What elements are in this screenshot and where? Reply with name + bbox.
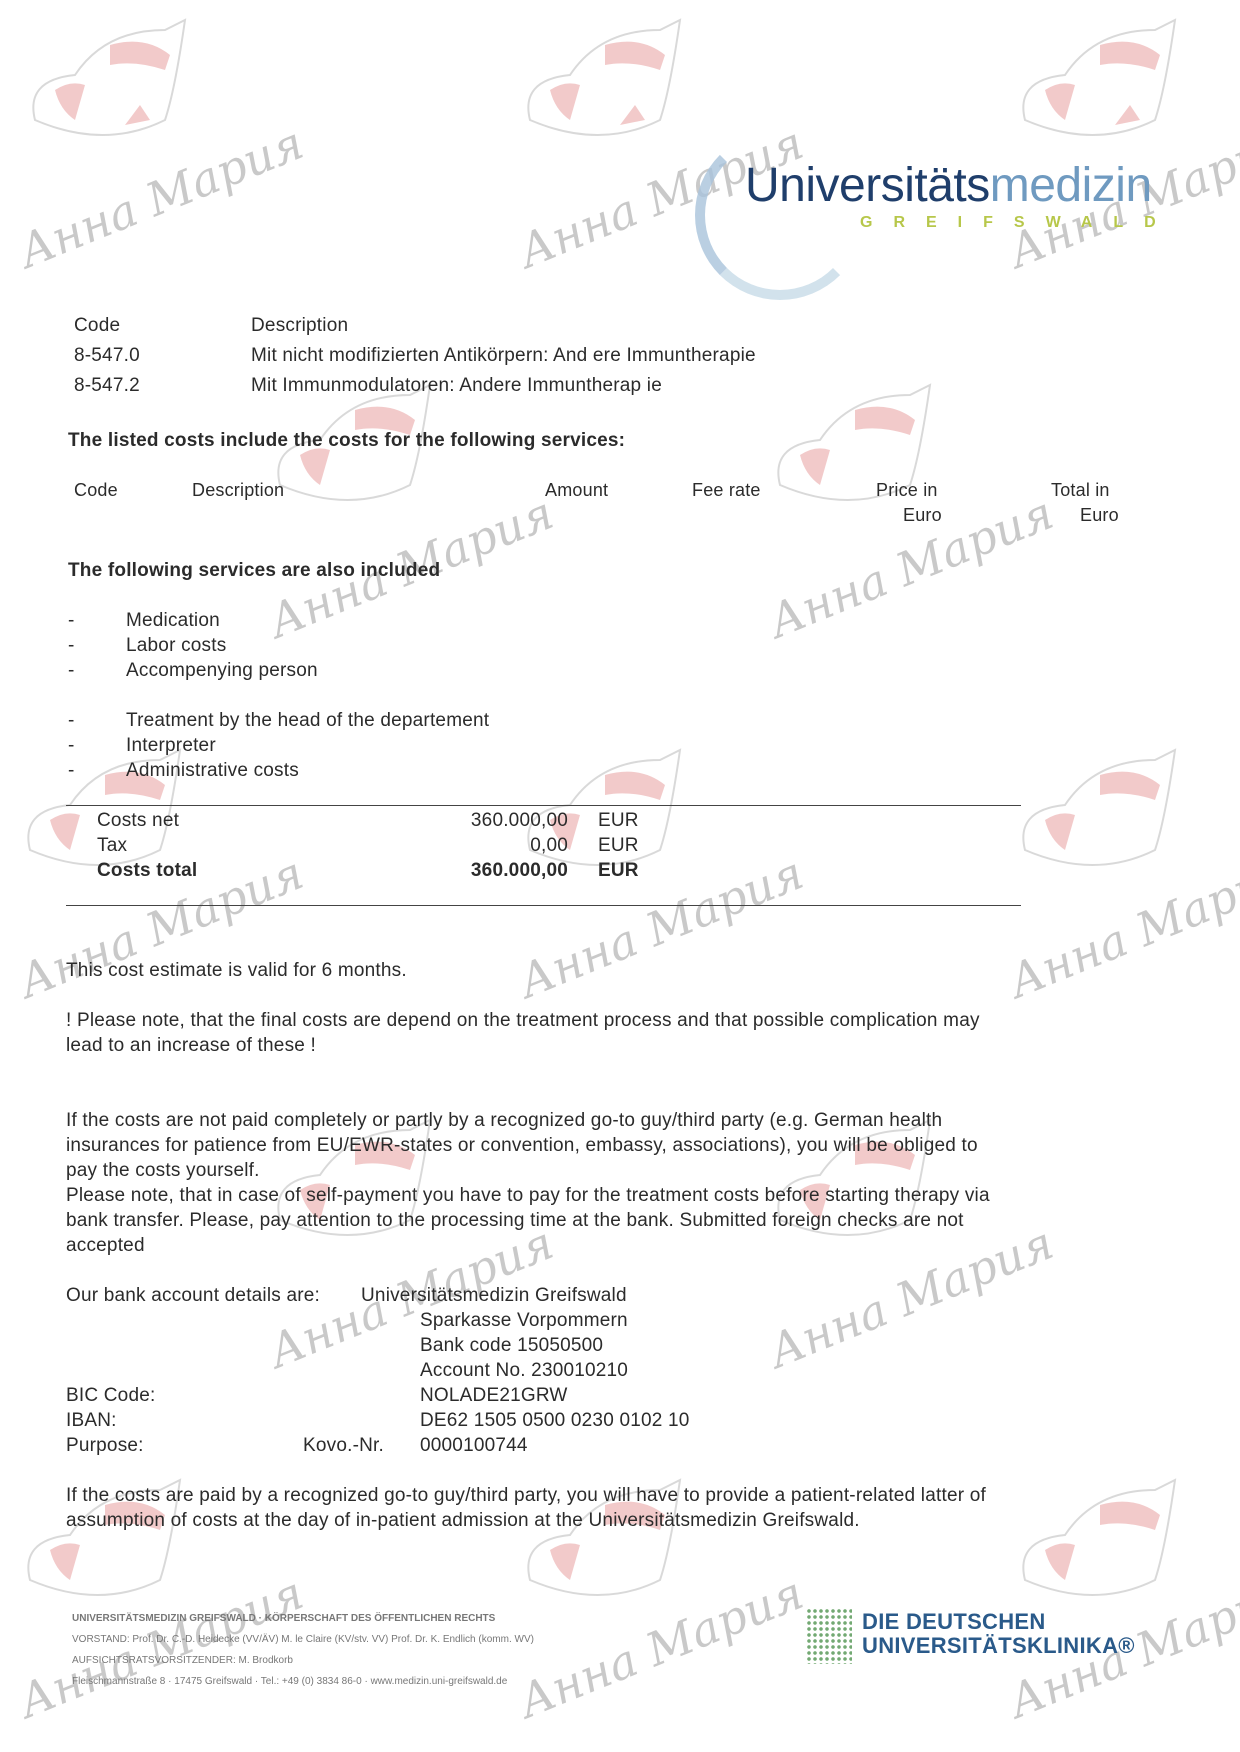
list-item: Medication [126,610,220,632]
col-price: Price in [876,480,938,501]
watermark-text: Анна Мария [761,1215,1061,1378]
logo-light-part: medizin [990,159,1152,212]
procedure-description: Mit Immunmodulatoren: Andere Immuntherap… [251,375,662,397]
procedure-description: Mit nicht modifizierten Antikörpern: And… [251,345,756,367]
partner-logo-line-2: UNIVERSITÄTSKLINIKA® [862,1634,1135,1658]
logo-arc-icon [695,130,865,300]
list-item: Accompenying person [126,660,318,682]
col-price-unit: Euro [903,505,942,526]
partner-logo: DIE DEUTSCHEN UNIVERSITÄTSKLINIKA® [862,1610,1135,1658]
list-item: Administrative costs [126,760,299,782]
purpose-value: 0000100744 [420,1435,528,1457]
list-item: Labor costs [126,635,226,657]
costs-net-label: Costs net [97,810,179,832]
watermark-text: Анна Мария [11,115,311,278]
bullet: - [68,635,75,657]
bank-code: Bank code 15050500 [420,1335,603,1357]
tax-label: Tax [97,835,127,857]
bullet: - [68,760,75,782]
purpose-prefix: Kovo.-Nr. [303,1435,384,1457]
costs-net-currency: EUR [598,810,639,832]
tax-currency: EUR [598,835,639,857]
logo-subtitle: GREIFSWALD [860,214,1177,232]
paragraph-line: pay the costs yourself. [66,1160,260,1182]
paragraph-line: assumption of costs at the day of in-pat… [66,1510,860,1532]
costs-total-value: 360.000,00 [420,860,568,882]
paragraph-line: If the costs are not paid completely or … [66,1110,942,1132]
watermark-hat-icon [1005,740,1185,880]
footer-line-3: AUFSICHTSRATSVORSITZENDER: M. Brodkorb [72,1655,293,1666]
footer-line-1: UNIVERSITÄTSMEDIZIN GREIFSWALD · KÖRPERS… [72,1613,495,1624]
bullet: - [68,710,75,732]
watermark-text: Анна Мария [11,1565,311,1728]
paragraph-line: Please note, that in case of self-paymen… [66,1185,990,1207]
col-code: Code [74,480,118,501]
col-total-unit: Euro [1080,505,1119,526]
bic-label: BIC Code: [66,1385,155,1407]
bic-value: NOLADE21GRW [420,1385,568,1407]
purpose-label: Purpose: [66,1435,144,1457]
divider [66,805,1021,806]
bullet: - [68,735,75,757]
costs-net-value: 360.000,00 [420,810,568,832]
costs-total-currency: EUR [598,860,639,882]
paragraph-line: accepted [66,1235,145,1257]
paragraph-line: bank transfer. Please, pay attention to … [66,1210,964,1232]
col-fee-rate: Fee rate [692,480,761,501]
warning-line-1: ! Please note, that the final costs are … [66,1010,980,1032]
iban-value: DE62 1505 0500 0230 0102 10 [420,1410,690,1432]
bank-account-holder: Universitätsmedizin Greifswald [361,1285,627,1307]
partner-logo-line-1: DIE DEUTSCHEN [862,1610,1135,1634]
bank-intro: Our bank account details are: [66,1285,320,1307]
services-heading: The listed costs include the costs for t… [68,430,625,452]
procedure-code: 8-547.2 [74,375,140,397]
watermark-text: Анна Мария [511,1565,811,1728]
tax-value: 0,00 [420,835,568,857]
included-heading: The following services are also included [68,560,440,582]
col-total: Total in [1051,480,1110,501]
iban-label: IBAN: [66,1410,117,1432]
list-item: Treatment by the head of the departement [126,710,489,732]
watermark-hat-icon [1005,10,1185,150]
watermark-text: Анна Мария [1001,845,1240,1008]
logo-bold-part: Universitäts [745,159,990,212]
bank-name: Sparkasse Vorpommern [420,1310,628,1332]
bullet: - [68,660,75,682]
procedure-header-description: Description [251,315,348,337]
costs-total-label: Costs total [97,860,197,882]
paragraph-line: insurances for patience from EU/EWR-stat… [66,1135,978,1157]
paragraph-line: If the costs are paid by a recognized go… [66,1485,986,1507]
watermark-hat-icon [1005,1470,1185,1610]
account-number: Account No. 230010210 [420,1360,628,1382]
bullet: - [68,610,75,632]
warning-line-2: lead to an increase of these ! [66,1035,316,1057]
list-item: Interpreter [126,735,216,757]
logo-wordmark: Universitätsmedizin [745,158,1152,213]
procedure-code: 8-547.0 [74,345,140,367]
col-amount: Amount [545,480,608,501]
col-description: Description [192,480,284,501]
partner-logo-dots-icon [806,1608,852,1664]
validity-note: This cost estimate is valid for 6 months… [66,960,407,982]
watermark-hat-icon [510,10,690,150]
footer-line-4: Fleischmannstraße 8 · 17475 Greifswald ·… [72,1676,507,1687]
footer-line-2: VORSTAND: Prof. Dr. C.-D. Heidecke (VV/Ä… [72,1634,534,1645]
watermark-hat-icon [15,10,195,150]
procedure-header-code: Code [74,315,120,337]
divider [66,905,1021,906]
